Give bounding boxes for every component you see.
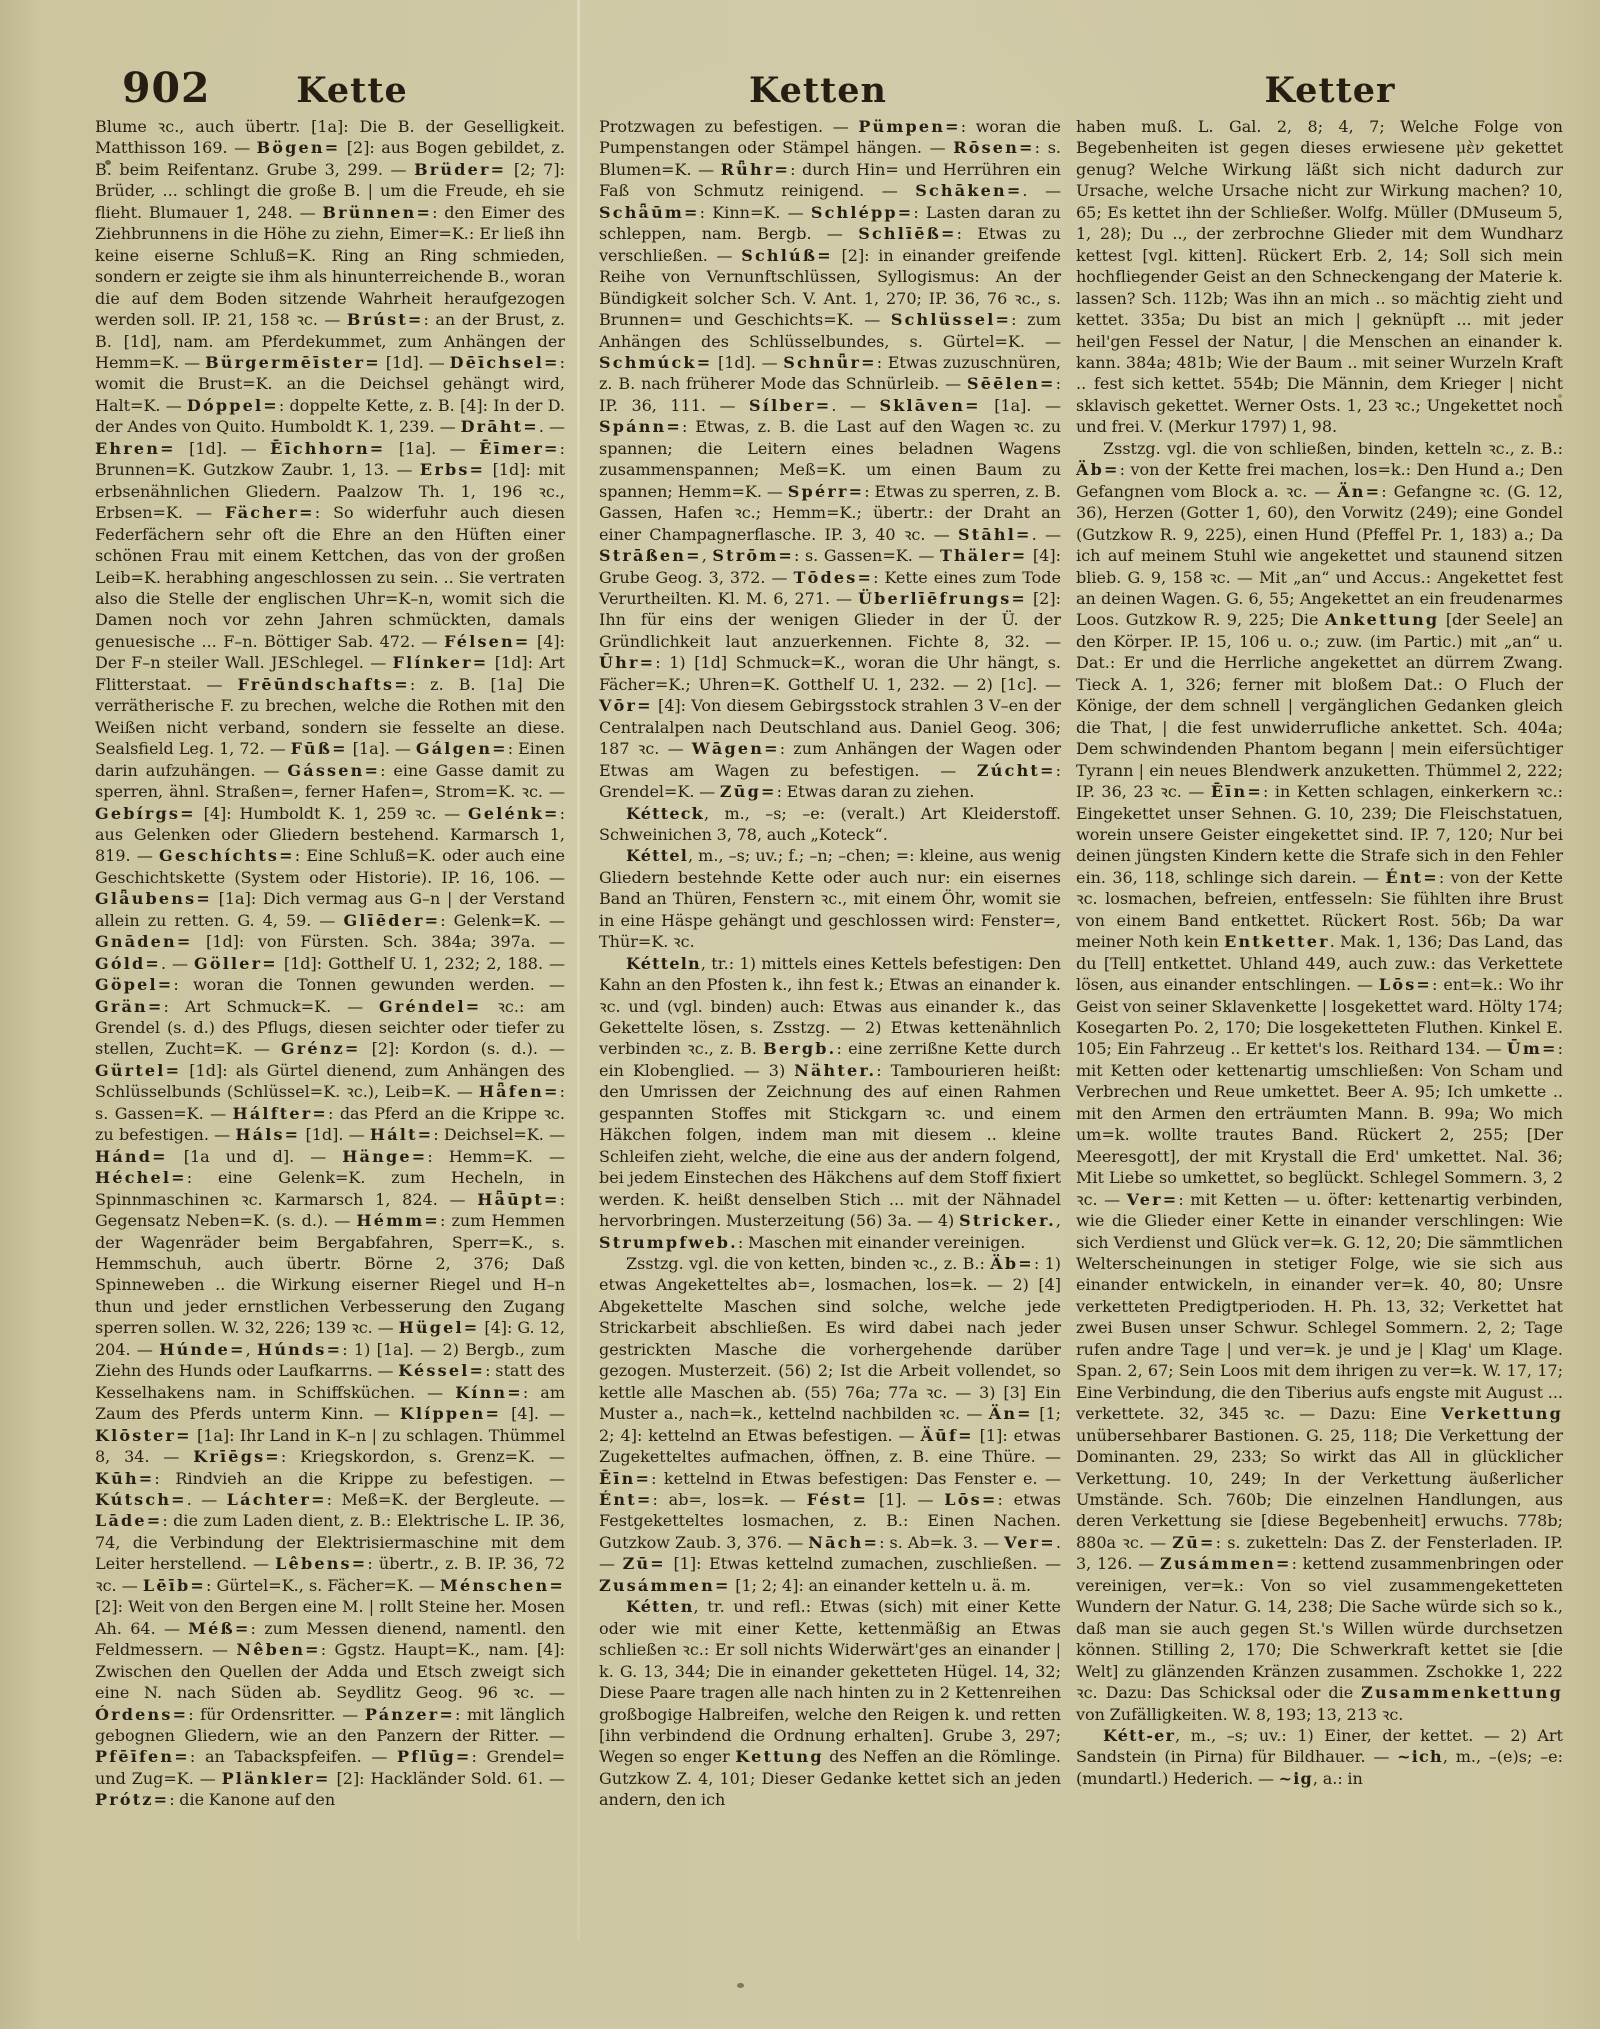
- compound-headword: Schǟūm=: [599, 203, 700, 222]
- compound-headword: Verkettung: [1441, 1404, 1563, 1423]
- compound-headword: Zū=: [623, 1554, 666, 1573]
- compound-headword: Klōster=: [95, 1426, 192, 1445]
- compound-headword: Strumpfweb.: [599, 1233, 738, 1252]
- entry-paragraph: haben muß. L. Gal. 2, 8; 4, 7; Welche Fo…: [1076, 116, 1563, 438]
- compound-headword: Wāgen=: [692, 739, 780, 758]
- compound-headword: Zūg=: [720, 782, 777, 801]
- compound-headword: Bergb.: [763, 1039, 836, 1058]
- compound-headword: Strōm=: [712, 546, 794, 565]
- compound-headword: Góld=: [95, 954, 161, 973]
- running-head-column-2: Ketten: [749, 70, 887, 111]
- compound-headword: Frēūndschafts=: [237, 675, 409, 694]
- running-head-column-1: Kette: [296, 70, 408, 111]
- compound-headword: Tōdes=: [794, 568, 874, 587]
- column-left: Blume ꝛc., auch übertr. [1a]: Die B. der…: [95, 116, 565, 1811]
- compound-headword: Hügel=: [399, 1318, 480, 1337]
- compound-headword: Méß=: [188, 1619, 250, 1638]
- compound-headword: Brúst=: [347, 310, 424, 329]
- compound-headword: Ēīn=: [1211, 782, 1263, 801]
- compound-headword: Zúcht=: [977, 761, 1056, 780]
- compound-headword: Gnāden=: [95, 932, 192, 951]
- compound-headword: Schmúck=: [599, 353, 712, 372]
- compound-headword: Flínker=: [393, 653, 489, 672]
- compound-headword: Krīēgs=: [193, 1447, 281, 1466]
- entry-headword: ~ig: [1279, 1769, 1313, 1788]
- compound-headword: Prótz=: [95, 1790, 169, 1809]
- compound-headword: Ēīchhorn=: [270, 439, 385, 458]
- compound-headword: Húnds=: [257, 1340, 342, 1359]
- compound-headword: Lēīb=: [143, 1576, 206, 1595]
- compound-headword: Zusammenkettung: [1361, 1683, 1563, 1702]
- compound-headword: Ehren=: [95, 439, 176, 458]
- compound-headword: Überlīēfrungs=: [858, 589, 1027, 608]
- compound-headword: Schāken=: [915, 181, 1022, 200]
- compound-headword: Fūß=: [291, 739, 348, 758]
- compound-headword: Thäler=: [940, 546, 1027, 565]
- compound-headword: Schlīēß=: [858, 224, 956, 243]
- compound-headword: Pflūg=: [397, 1747, 471, 1766]
- compound-headword: Glīēder=: [343, 911, 440, 930]
- compound-headword: Gelénk=: [468, 804, 560, 823]
- compound-headword: Gálgen=: [416, 739, 508, 758]
- compound-headword: Ēīn=: [599, 1469, 651, 1488]
- compound-headword: Stāhl=: [958, 525, 1032, 544]
- compound-headword: Hänge=: [342, 1147, 427, 1166]
- entry-paragraph: Kétt-er, m., –s; uv.: 1) Einer, der kett…: [1076, 1725, 1563, 1789]
- compound-headword: Gréndel=: [379, 997, 481, 1016]
- compound-headword: Vōr=: [599, 696, 653, 715]
- compound-headword: Lōs=: [944, 1490, 997, 1509]
- compound-headword: Äb=: [990, 1254, 1034, 1273]
- compound-headword: Grän=: [95, 997, 164, 1016]
- compound-headword: Erbs=: [420, 460, 485, 479]
- compound-headword: Dēīchsel=: [450, 353, 560, 372]
- compound-headword: Ūhr=: [599, 653, 655, 672]
- entry-paragraph: Kétteck, m., –s; –e: (veralt.) Art Kleid…: [599, 803, 1061, 846]
- entry-paragraph: Zsstzg. vgl. die von schließen, binden, …: [1076, 438, 1563, 1725]
- compound-headword: Ēīmer=: [479, 439, 559, 458]
- compound-headword: Gebírgs=: [95, 804, 196, 823]
- compound-headword: Entketter: [1224, 932, 1330, 951]
- compound-headword: Félsen=: [444, 632, 530, 651]
- compound-headword: Hǟūpt=: [477, 1190, 559, 1209]
- compound-headword: Äb=: [1076, 460, 1120, 479]
- compound-headword: Grénz=: [281, 1039, 361, 1058]
- entry-headword: ~ich: [1397, 1747, 1443, 1766]
- compound-headword: Än=: [1337, 482, 1381, 501]
- text-columns: Blume ꝛc., auch übertr. [1a]: Die B. der…: [95, 116, 1563, 1811]
- compound-headword: Kútsch=: [95, 1490, 187, 1509]
- compound-headword: Dóppel=: [187, 396, 279, 415]
- compound-headword: Kūh=: [95, 1469, 154, 1488]
- compound-headword: Stricker.: [959, 1211, 1056, 1230]
- compound-headword: Ént=: [1385, 868, 1438, 887]
- page-number: 902: [122, 64, 211, 112]
- compound-headword: Brünnen=: [322, 203, 432, 222]
- compound-headword: Héchel=: [95, 1168, 187, 1187]
- compound-headword: Ént=: [599, 1490, 652, 1509]
- compound-headword: Nāch=: [808, 1533, 879, 1552]
- compound-headword: Lêbens=: [275, 1554, 367, 1573]
- entry-headword: Kétteln: [626, 954, 701, 973]
- compound-headword: Ménschen=: [440, 1576, 565, 1595]
- compound-headword: Än=: [989, 1404, 1033, 1423]
- compound-headword: Háls=: [235, 1125, 300, 1144]
- compound-headword: Klíppen=: [400, 1404, 501, 1423]
- compound-headword: Schnǖr=: [783, 353, 876, 372]
- compound-headword: Nêben=: [236, 1640, 320, 1659]
- entry-headword: Kétten: [626, 1597, 694, 1616]
- compound-headword: Bürgermēīster=: [205, 353, 381, 372]
- compound-headword: Göpel=: [95, 975, 173, 994]
- compound-headword: Lōs=: [1379, 975, 1432, 994]
- compound-headword: Glǟubens=: [95, 889, 212, 908]
- compound-headword: Nähter.: [794, 1061, 876, 1080]
- entry-headword: Kétt-er: [1103, 1726, 1175, 1745]
- compound-headword: Fést=: [807, 1490, 868, 1509]
- compound-headword: Hǟfen=: [479, 1082, 560, 1101]
- compound-headword: Rōsen=: [953, 138, 1034, 157]
- compound-headword: Pümpen=: [858, 117, 960, 136]
- compound-headword: Strāßen=: [599, 546, 702, 565]
- column-right: haben muß. L. Gal. 2, 8; 4, 7; Welche Fo…: [1076, 116, 1563, 1789]
- compound-headword: Schlúß=: [741, 246, 833, 265]
- entry-paragraph: Zsstzg. vgl. die von ketten, binden ꝛc.,…: [599, 1253, 1061, 1596]
- entry-paragraph: Blume ꝛc., auch übertr. [1a]: Die B. der…: [95, 116, 565, 1811]
- entry-paragraph: Protzwagen zu befestigen. — Pümpen=: wor…: [599, 116, 1061, 803]
- compound-headword: Spánn=: [599, 417, 682, 436]
- entry-paragraph: Kétteln, tr.: 1) mittels eines Kettels b…: [599, 953, 1061, 1253]
- compound-headword: Késsel=: [398, 1361, 485, 1380]
- compound-headword: Láchter=: [227, 1490, 327, 1509]
- compound-headword: Sēēlen=: [967, 374, 1056, 393]
- compound-headword: Zusámmen=: [1160, 1554, 1292, 1573]
- compound-headword: Ūm=: [1507, 1039, 1558, 1058]
- compound-headword: Brüder=: [414, 160, 506, 179]
- entry-headword: Kétteck: [626, 804, 704, 823]
- compound-headword: Ver=: [1004, 1533, 1056, 1552]
- column-center: Protzwagen zu befestigen. — Pümpen=: wor…: [599, 116, 1061, 1811]
- running-head-column-3: Ketter: [1265, 70, 1396, 111]
- compound-headword: Rǖhr=: [721, 160, 790, 179]
- compound-headword: Schlépp=: [811, 203, 914, 222]
- compound-headword: Hémm=: [356, 1211, 440, 1230]
- compound-headword: Fächer=: [225, 503, 315, 522]
- compound-headword: Plänkler=: [222, 1769, 331, 1788]
- compound-headword: Hálfter=: [233, 1104, 328, 1123]
- compound-headword: Sílber=: [749, 396, 831, 415]
- compound-headword: Pfēīfen=: [95, 1747, 190, 1766]
- compound-headword: Ankettung: [1325, 610, 1439, 629]
- entry-paragraph: Kéttel, m., –s; uv.; f.; –n; –chen; =: k…: [599, 845, 1061, 952]
- compound-headword: Schlüssel=: [891, 310, 1011, 329]
- compound-headword: Zusámmen=: [599, 1576, 731, 1595]
- compound-headword: Göller=: [194, 954, 278, 973]
- compound-headword: Geschíchts=: [159, 846, 295, 865]
- compound-headword: Gürtel=: [95, 1061, 181, 1080]
- compound-headword: Bögen=: [257, 138, 341, 157]
- compound-headword: Lāde=: [95, 1511, 162, 1530]
- compound-headword: Ver=: [1127, 1190, 1179, 1209]
- compound-headword: Pánzer=: [365, 1705, 455, 1724]
- compound-headword: Kínn=: [455, 1383, 523, 1402]
- compound-headword: Órdens=: [95, 1705, 188, 1724]
- compound-headword: Äūf=: [921, 1426, 974, 1445]
- compound-headword: Gássen=: [287, 761, 380, 780]
- entry-headword: Kéttel: [626, 846, 688, 865]
- compound-headword: Drāht=: [461, 417, 539, 436]
- dictionary-page: 902 Kette Ketten Ketter Blume ꝛc., auch …: [0, 0, 1600, 2029]
- compound-headword: Hált=: [370, 1125, 433, 1144]
- entry-paragraph: Kétten, tr. und refl.: Etwas (sich) mit …: [599, 1596, 1061, 1811]
- compound-headword: Sklāven=: [879, 396, 980, 415]
- compound-headword: Húnde=: [159, 1340, 245, 1359]
- compound-headword: Spérr=: [788, 482, 864, 501]
- compound-headword: Zū=: [1172, 1533, 1215, 1552]
- compound-headword: Kettung: [735, 1747, 823, 1766]
- paper-speck: [737, 1983, 744, 1988]
- compound-headword: Hánd=: [95, 1147, 168, 1166]
